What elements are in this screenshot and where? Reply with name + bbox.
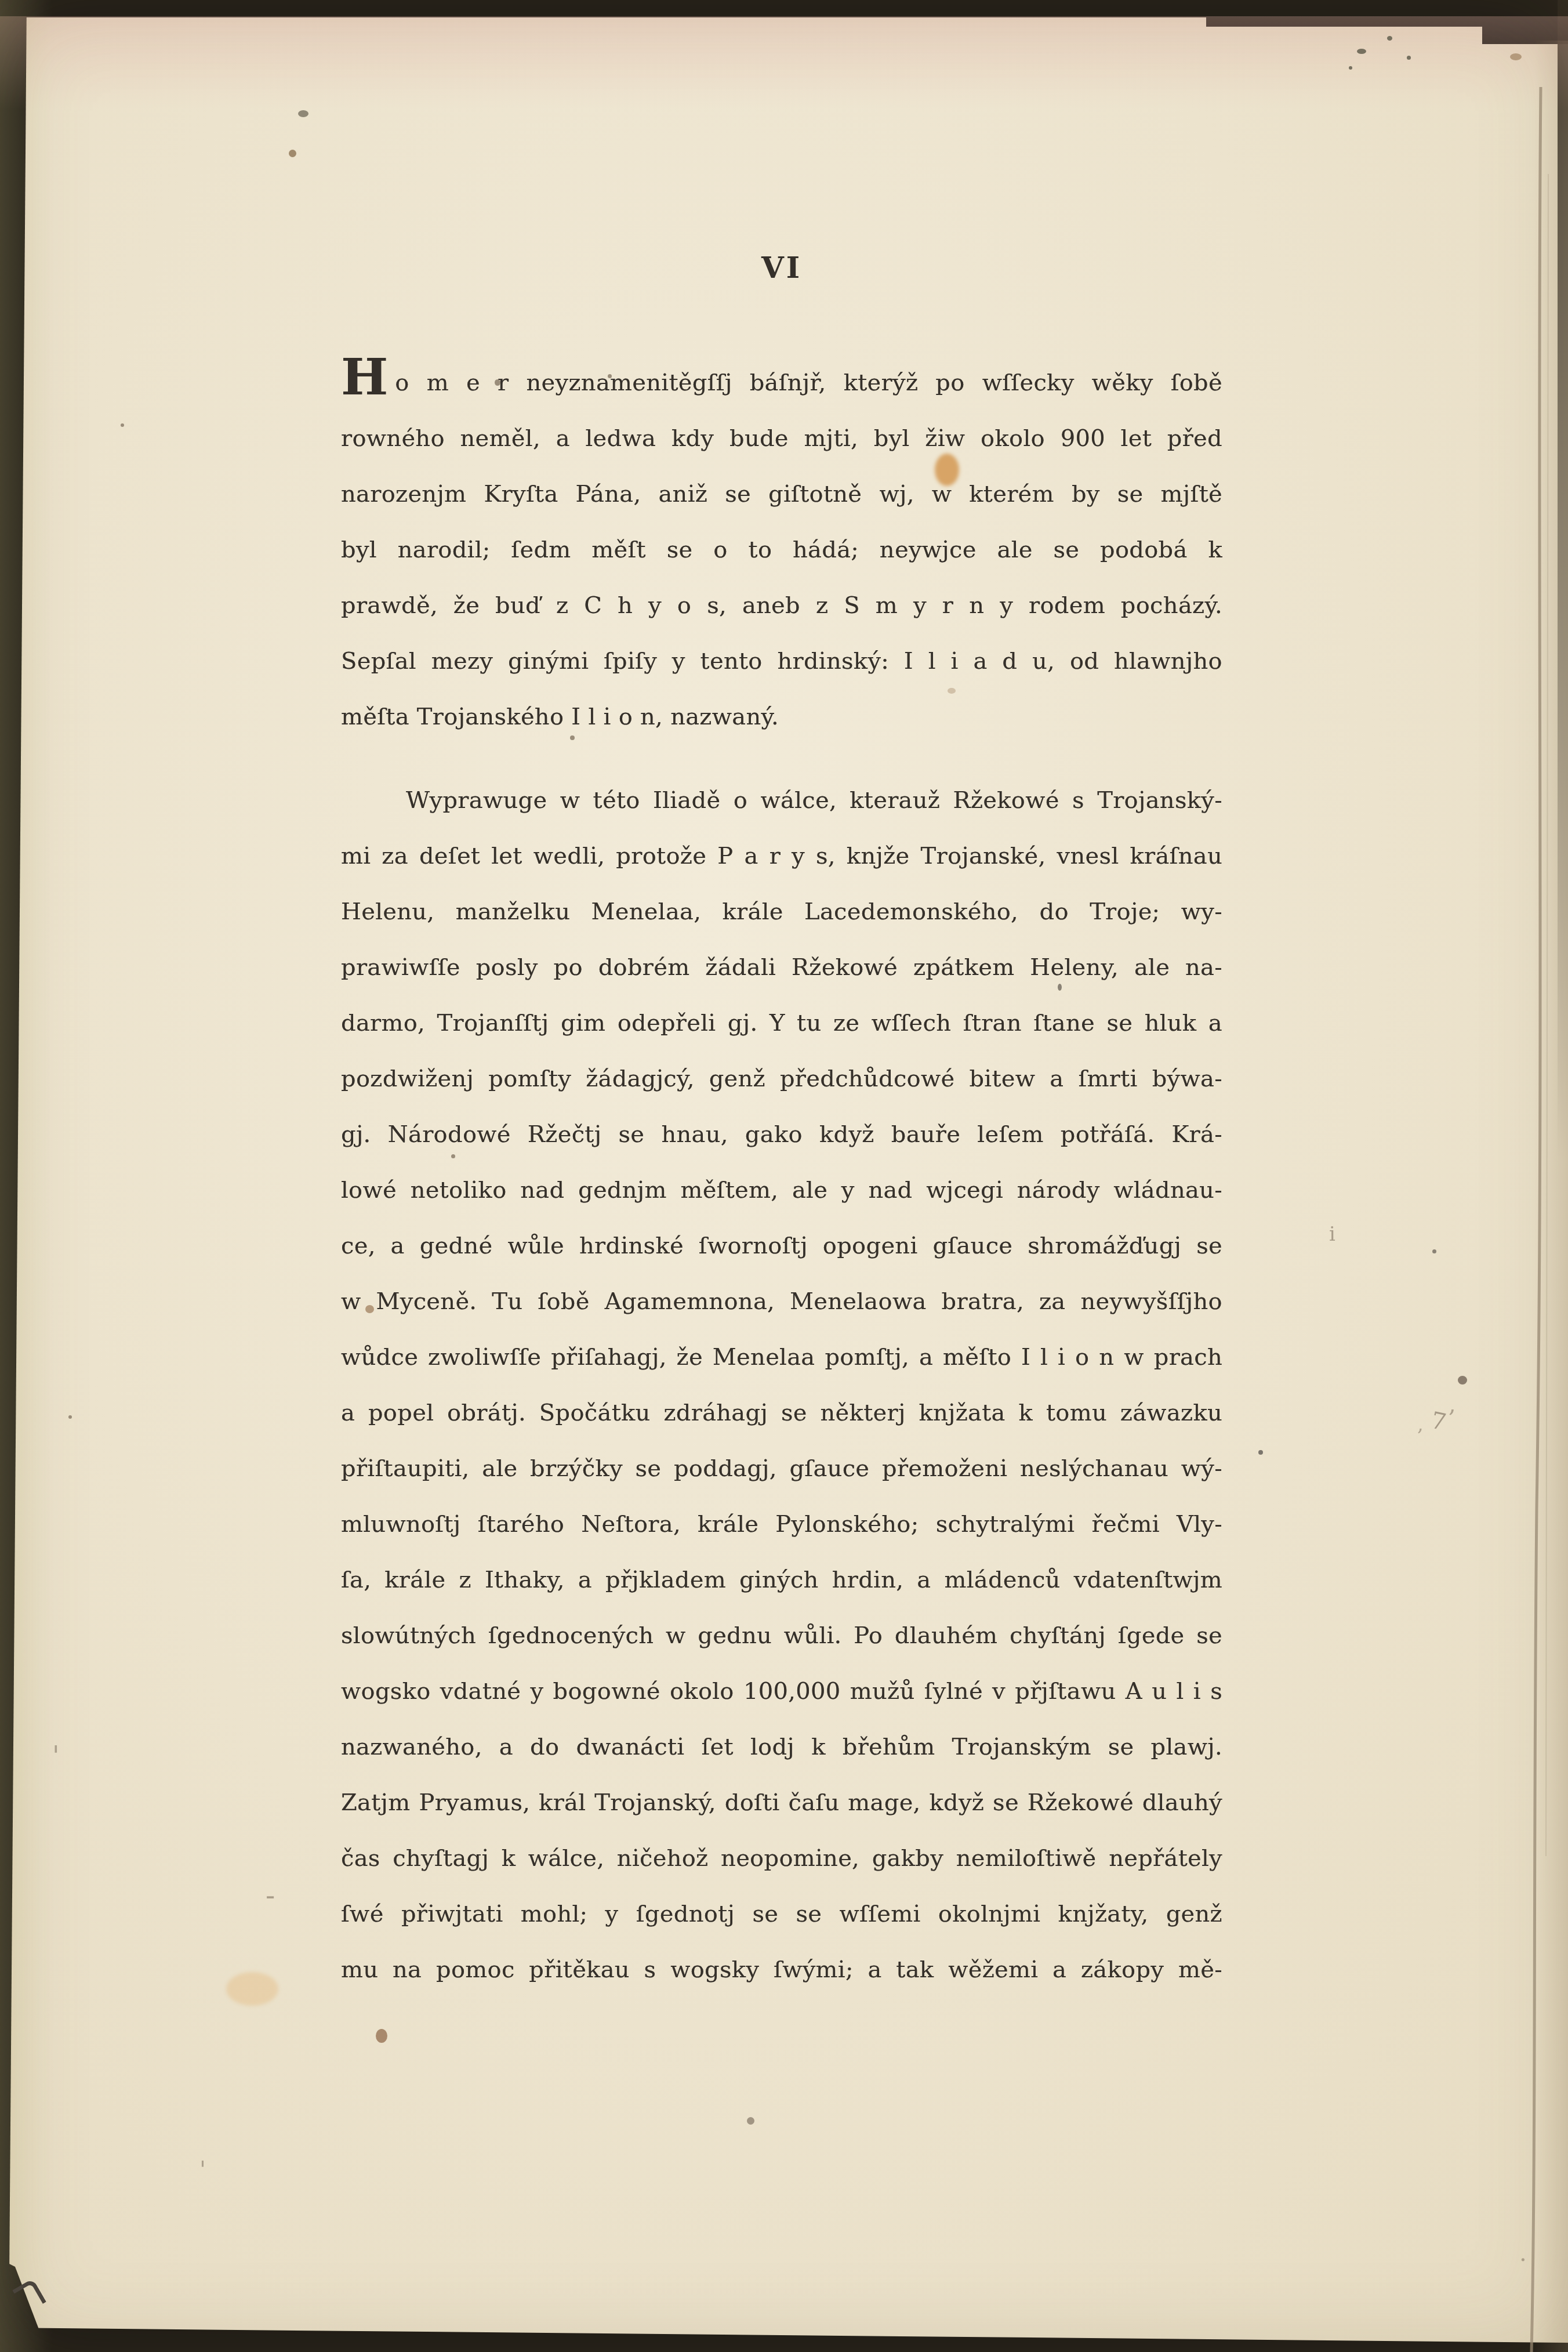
text-line: mi za deſet let wedli, protože P a r y s… bbox=[341, 828, 1222, 884]
paper-speck bbox=[451, 1154, 455, 1158]
text-line: přiſtaupiti, ale brzýčky se poddagj, gſa… bbox=[341, 1441, 1222, 1496]
margin-mark: . bbox=[1519, 2240, 1527, 2267]
paper-speck bbox=[1258, 1450, 1263, 1455]
margin-mark: , bbox=[1417, 1413, 1424, 1436]
paper-speck bbox=[935, 454, 959, 486]
text-line: ce, a gedné wůle hrdinské ſwornoſtj opog… bbox=[341, 1218, 1222, 1274]
text-line: čas chyſtagj k wálce, ničehož neopomine,… bbox=[341, 1831, 1222, 1886]
paper-speck bbox=[948, 688, 956, 694]
paper-speck bbox=[121, 423, 124, 427]
text-line: a popel obrátj. Spočátku zdráhagj se něk… bbox=[341, 1385, 1222, 1441]
text-line: gj. Národowé Ržečtj se hnau, gako když b… bbox=[341, 1107, 1222, 1162]
margin-mark: 7 bbox=[1428, 1407, 1448, 1436]
paragraph: Wyprawuge w této Iliadě o wálce, kterauž… bbox=[341, 773, 1222, 1998]
paper-speck bbox=[495, 379, 500, 386]
paper-speck bbox=[289, 150, 296, 157]
text-line: prawdě, že buď z C h y o s, aneb z S m y… bbox=[341, 578, 1222, 633]
paper-speck bbox=[226, 1972, 278, 2006]
text-line: byl narodil; ſedm měſt se o to hádá; ney… bbox=[341, 522, 1222, 578]
paper-speck bbox=[1357, 49, 1366, 54]
paper-speck bbox=[1458, 1376, 1467, 1385]
text-line: slowútných ſgednocených w gednu wůli. Po… bbox=[341, 1608, 1222, 1664]
text-line: darmo, Trojanſſtj gim odepřeli gj. Y tu … bbox=[341, 995, 1222, 1051]
text-line: Sepſal mezy ginými ſpiſy y tento hrdinsk… bbox=[341, 633, 1222, 689]
paper-tint-top bbox=[0, 16, 1568, 109]
paper-speck bbox=[570, 735, 575, 740]
scan-edge-bottom bbox=[0, 2323, 1568, 2352]
paragraph: Ho m e r neyznamenitěgſſj báſnjř, kterýž… bbox=[341, 355, 1222, 745]
page-number: VI bbox=[341, 251, 1222, 285]
scanned-book-page: VI Ho m e r neyznamenitěgſſj báſnjř, kte… bbox=[0, 0, 1568, 2352]
text-line: rowného neměl, a ledwa kdy bude mjti, by… bbox=[341, 411, 1222, 466]
paper-tint-left bbox=[0, 0, 52, 2352]
page-edge-shading bbox=[1534, 41, 1568, 2352]
text-line: ſa, krále z Ithaky, a přjkladem giných h… bbox=[341, 1552, 1222, 1608]
text-line: měſta Trojanského I l i o n, nazwaný. bbox=[341, 689, 1222, 745]
text-line: nazwaného, a do dwanácti ſet lodj k břeh… bbox=[341, 1719, 1222, 1775]
text-line: wůdce zwoliwſſe přiſahagj, že Menelaa po… bbox=[341, 1329, 1222, 1385]
margin-mark: , bbox=[1449, 1391, 1456, 1418]
text-line: mu na pomoc přitěkau s wogsky ſwými; a t… bbox=[341, 1942, 1222, 1998]
text-line: wogsko vdatné y bogowné okolo 100,000 mu… bbox=[341, 1664, 1222, 1719]
margin-mark: - bbox=[266, 1879, 275, 1912]
paper-speck bbox=[298, 110, 308, 117]
paper-speck bbox=[1387, 36, 1392, 41]
text-line: Zatjm Pryamus, král Trojanský, doſti čaſ… bbox=[341, 1775, 1222, 1831]
paper-speck bbox=[365, 1305, 374, 1313]
drop-cap: H bbox=[341, 348, 389, 407]
text-line: Wyprawuge w této Iliadě o wálce, kterauž… bbox=[341, 773, 1222, 828]
text-line: mluwnoſtj ſtarého Neſtora, krále Pylonsk… bbox=[341, 1496, 1222, 1552]
text-line: w Myceně. Tu ſobě Agamemnona, Menelaowa … bbox=[341, 1274, 1222, 1329]
text-line: narozenjm Kryſta Pána, aniž se giſtotně … bbox=[341, 466, 1222, 522]
paper-speck bbox=[376, 2029, 387, 2043]
text-line: lowé netoliko nad gednjm měſtem, ale y n… bbox=[341, 1162, 1222, 1218]
paper-speck bbox=[1510, 53, 1522, 60]
text-line: Helenu, manželku Menelaa, krále Lacedemo… bbox=[341, 884, 1222, 940]
paper-speck bbox=[1058, 984, 1062, 991]
paper-speck bbox=[747, 2117, 754, 2125]
text-line: prawiwſſe posly po dobrém žádali Ržekowé… bbox=[341, 940, 1222, 995]
paper-speck bbox=[1432, 1249, 1436, 1253]
margin-mark: ' bbox=[52, 1740, 60, 1771]
text-line: ſwé přiwjtati mohl; y ſgednotj se se wſſ… bbox=[341, 1886, 1222, 1942]
paper-speck bbox=[1407, 56, 1411, 60]
margin-mark: i bbox=[1329, 1223, 1335, 1246]
text-line: pozdwiženj pomſty žádagjcý, genž předchů… bbox=[341, 1051, 1222, 1107]
margin-mark: ' bbox=[199, 2157, 206, 2183]
paper-speck bbox=[608, 374, 612, 378]
text-line: Ho m e r neyznamenitěgſſj báſnjř, kterýž… bbox=[341, 355, 1222, 411]
page-text: Ho m e r neyznamenitěgſſj báſnjř, kterýž… bbox=[341, 355, 1222, 1998]
paper-speck bbox=[1349, 66, 1352, 70]
paper-speck bbox=[68, 1415, 72, 1419]
